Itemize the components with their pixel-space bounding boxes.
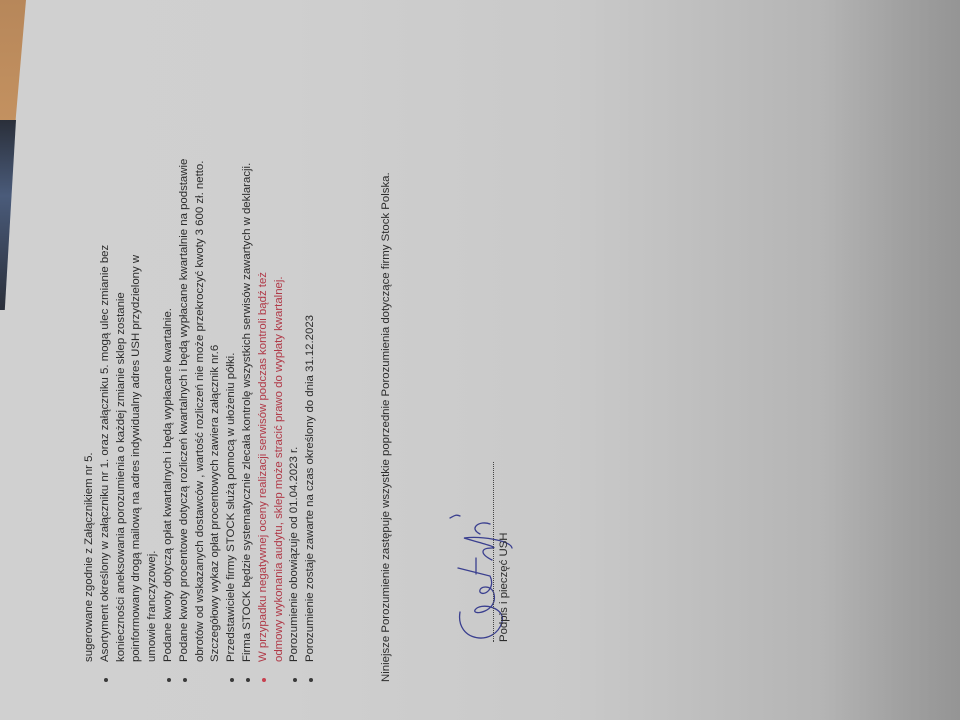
list-item-line: odmowy wykonania audytu, sklep może stra… <box>272 20 288 662</box>
signature-label: Podpis i pieczęć USH <box>497 532 513 642</box>
fabric-edge <box>0 120 16 310</box>
list-item-line: Firma STOCK będzie systematycznie zlecał… <box>240 20 256 662</box>
list-item-line: Podane kwoty procentowe dotyczą rozlicze… <box>177 20 193 662</box>
list-item-line: sugerowane zgodnie z Załącznikiem nr 5. <box>82 20 98 662</box>
list-item-line: konieczności aneksowania porozumienia o … <box>114 20 130 662</box>
bullet-icon <box>167 678 171 682</box>
rotated-document-page: sugerowane zgodnie z Załącznikiem nr 5.A… <box>80 20 580 700</box>
list-item-line: Szczegółowy wykaz opłat procentowych zaw… <box>208 20 224 662</box>
bullet-icon <box>246 678 250 682</box>
closing-statement: Niniejsze Porozumienie zastępuje wszystk… <box>379 172 395 682</box>
list-item-line: umowie franczyzowej. <box>145 20 161 662</box>
list-item: Porozumienie zostaje zawarte na czas okr… <box>303 20 319 700</box>
list-item-line: Porozumienie obowiązuje od 01.04.2023 r. <box>287 20 303 662</box>
list-item-line: poinformowany drogą mailową na adres ind… <box>129 20 145 662</box>
list-item-line: obrotów od wskazanych dostawców , wartoś… <box>193 20 209 662</box>
bullet-icon <box>262 678 266 682</box>
list-item-line: W przypadku negatywnej oceny realizacji … <box>256 20 272 662</box>
list-item: W przypadku negatywnej oceny realizacji … <box>256 20 288 700</box>
page-shadow <box>820 0 960 720</box>
list-item-line: Asortyment określony w załączniku nr 1. … <box>98 20 114 662</box>
signature-line <box>493 462 494 642</box>
bullet-icon <box>104 678 108 682</box>
bullet-icon <box>309 678 313 682</box>
list-item: Podane kwoty dotyczą opłat kwartalnych i… <box>161 20 177 700</box>
list-item: Firma STOCK będzie systematycznie zlecał… <box>240 20 256 700</box>
bullet-icon <box>293 678 297 682</box>
list-item: Asortyment określony w załączniku nr 1. … <box>98 20 161 700</box>
signature-block: Podpis i pieczęć USH <box>435 422 545 682</box>
bullet-icon <box>230 678 234 682</box>
bullet-icon <box>183 678 187 682</box>
list-item-line: Podane kwoty dotyczą opłat kwartalnych i… <box>161 20 177 662</box>
list-item-line: Przedstawiciele firmy STOCK służą pomocą… <box>224 20 240 662</box>
terms-list: sugerowane zgodnie z Załącznikiem nr 5.A… <box>82 20 319 700</box>
list-item: Przedstawiciele firmy STOCK służą pomocą… <box>224 20 240 700</box>
list-item: sugerowane zgodnie z Załącznikiem nr 5. <box>82 20 98 700</box>
list-item-line: Porozumienie zostaje zawarte na czas okr… <box>303 20 319 662</box>
list-item: Porozumienie obowiązuje od 01.04.2023 r. <box>287 20 303 700</box>
list-item: Podane kwoty procentowe dotyczą rozlicze… <box>177 20 224 700</box>
